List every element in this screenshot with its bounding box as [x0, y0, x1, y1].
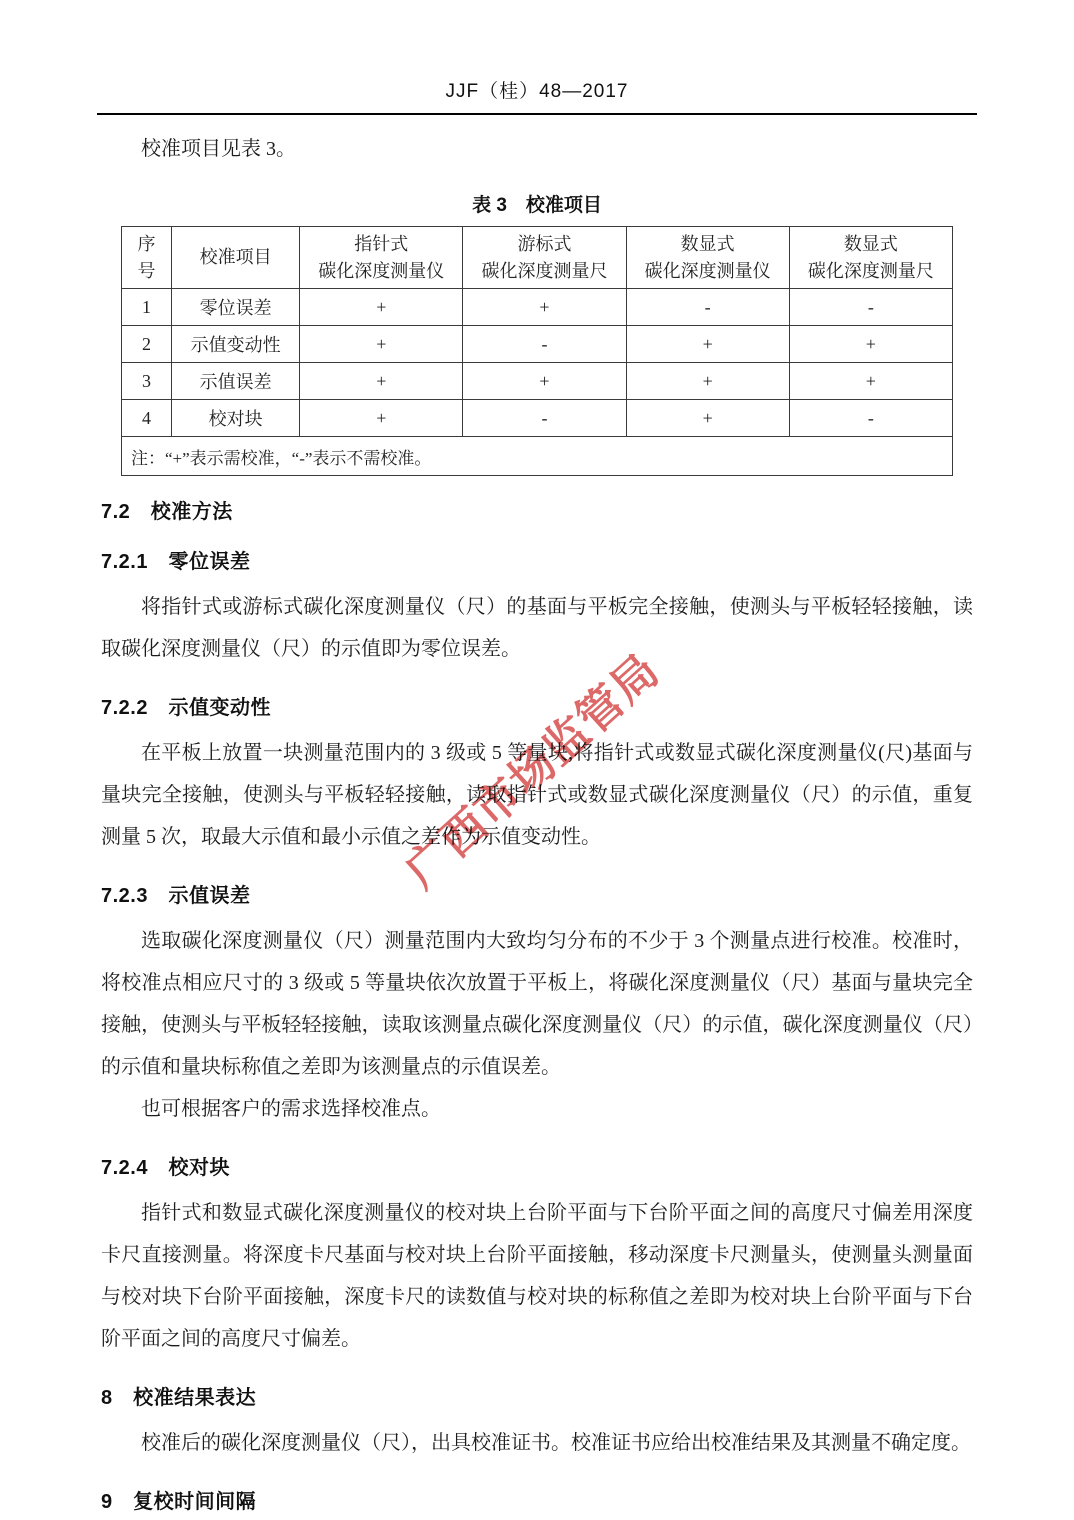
header-col3-line2: 碳化深度测量仪	[629, 258, 787, 285]
page-header-title: JJF（桂）48—2017	[0, 0, 1074, 103]
cell-item: 校对块	[172, 400, 300, 437]
cell-c4: +	[789, 326, 952, 363]
header-col4: 数显式 碳化深度测量尺	[789, 227, 952, 289]
intro-text: 校准项目见表 3。	[101, 128, 973, 170]
cell-item: 示值误差	[172, 363, 300, 400]
paragraph-7-2-4: 指针式和数显式碳化深度测量仪的校对块上台阶平面与下台阶平面之间的高度尺寸偏差用深…	[101, 1192, 973, 1360]
header-seq-line1: 序	[124, 231, 169, 258]
paragraph-7-2-3-extra: 也可根据客户的需求选择校准点。	[101, 1088, 973, 1130]
document-page: JJF（桂）48—2017 校准项目见表 3。 表 3 校准项目 序 号 校准项…	[0, 0, 1074, 1520]
heading-9: 9 复校时间间隔	[101, 1485, 973, 1514]
cell-seq: 4	[122, 400, 172, 437]
header-seq: 序 号	[122, 227, 172, 289]
cell-item: 示值变动性	[172, 326, 300, 363]
heading-7-2-2: 7.2.2 示值变动性	[101, 691, 973, 720]
table-header-row: 序 号 校准项目 指针式 碳化深度测量仪 游标式 碳化深度测量尺 数显式 碳化深	[122, 227, 953, 289]
header-seq-line2: 号	[124, 258, 169, 285]
header-col3: 数显式 碳化深度测量仪	[626, 227, 789, 289]
cell-c1: +	[300, 400, 463, 437]
header-col2-line1: 游标式	[465, 231, 623, 258]
document-content: 校准项目见表 3。 表 3 校准项目 序 号 校准项目 指针式 碳化深度测量仪	[101, 128, 973, 1514]
paragraph-7-2-3: 选取碳化深度测量仪（尺）测量范围内大致均匀分布的不少于 3 个测量点进行校准。校…	[101, 920, 973, 1088]
cell-seq: 3	[122, 363, 172, 400]
cell-c4: +	[789, 363, 952, 400]
heading-7-2-1: 7.2.1 零位误差	[101, 545, 973, 574]
paragraph-8: 校准后的碳化深度测量仪（尺），出具校准证书。校准证书应给出校准结果及其测量不确定…	[101, 1422, 973, 1464]
cell-c2: +	[463, 363, 626, 400]
paragraph-7-2-2: 在平板上放置一块测量范围内的 3 级或 5 等量块,将指针式或数显式碳化深度测量…	[101, 732, 973, 858]
heading-7-2-4: 7.2.4 校对块	[101, 1151, 973, 1180]
table-note-row: 注：“+”表示需校准，“-”表示不需校准。	[122, 437, 953, 476]
table-row: 1 零位误差 + + - -	[122, 289, 953, 326]
cell-c3: +	[626, 363, 789, 400]
paragraph-7-2-1: 将指针式或游标式碳化深度测量仪（尺）的基面与平板完全接触，使测头与平板轻轻接触，…	[101, 586, 973, 670]
header-col1: 指针式 碳化深度测量仪	[300, 227, 463, 289]
header-col2: 游标式 碳化深度测量尺	[463, 227, 626, 289]
calibration-items-table: 序 号 校准项目 指针式 碳化深度测量仪 游标式 碳化深度测量尺 数显式 碳化深	[121, 226, 953, 476]
header-col3-line1: 数显式	[629, 231, 787, 258]
cell-c1: +	[300, 326, 463, 363]
cell-c4: -	[789, 400, 952, 437]
heading-7-2: 7.2 校准方法	[101, 495, 973, 524]
cell-c3: -	[626, 289, 789, 326]
cell-c3: +	[626, 326, 789, 363]
cell-c2: -	[463, 400, 626, 437]
cell-c2: +	[463, 289, 626, 326]
header-col1-line1: 指针式	[302, 231, 460, 258]
table-row: 4 校对块 + - + -	[122, 400, 953, 437]
table-note: 注：“+”表示需校准，“-”表示不需校准。	[122, 437, 953, 476]
table-row: 3 示值误差 + + + +	[122, 363, 953, 400]
cell-item: 零位误差	[172, 289, 300, 326]
cell-c1: +	[300, 363, 463, 400]
cell-seq: 1	[122, 289, 172, 326]
table-row: 2 示值变动性 + - + +	[122, 326, 953, 363]
cell-c4: -	[789, 289, 952, 326]
heading-7-2-3: 7.2.3 示值误差	[101, 879, 973, 908]
cell-c2: -	[463, 326, 626, 363]
cell-c1: +	[300, 289, 463, 326]
cell-seq: 2	[122, 326, 172, 363]
header-col2-line2: 碳化深度测量尺	[465, 258, 623, 285]
header-col4-line1: 数显式	[792, 231, 950, 258]
header-col4-line2: 碳化深度测量尺	[792, 258, 950, 285]
header-rule	[97, 113, 977, 115]
table-title: 表 3 校准项目	[101, 190, 973, 217]
header-item: 校准项目	[172, 227, 300, 289]
header-col1-line2: 碳化深度测量仪	[302, 258, 460, 285]
heading-8: 8 校准结果表达	[101, 1381, 973, 1410]
cell-c3: +	[626, 400, 789, 437]
